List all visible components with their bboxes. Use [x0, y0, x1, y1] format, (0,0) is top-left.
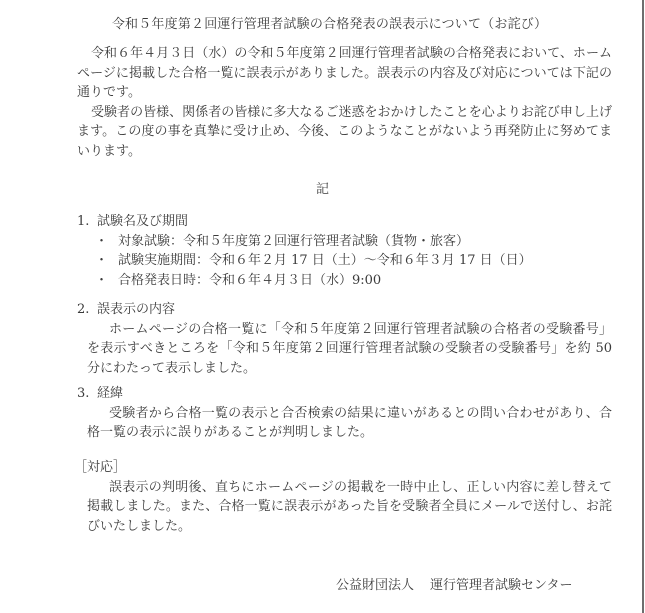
response-label: ［対応］ — [74, 458, 612, 478]
section-background: 3.経緯 受験者から合格一覧の表示と合否検索の結果に違いがあるとの問い合わせがあ… — [77, 384, 612, 443]
response-body: 誤表示の判明後、直ちにホームページの掲載を一時中止し、正しい内容に差し替えて掲載… — [77, 478, 612, 537]
section-number: 2. — [77, 300, 97, 320]
organization-name: 運行管理者試験センター — [430, 578, 572, 593]
section-body: 受験者から合格一覧の表示と合否検索の結果に違いがあるとの問い合わせがあり、合格一… — [77, 404, 612, 443]
list-item-text: 対象試験：令和５年度第２回運行管理者試験（貨物・旅客） — [118, 232, 469, 252]
section-error-content: 2.誤表示の内容 ホームページの合格一覧に「令和５年度第２回運行管理者試験の合格… — [77, 300, 612, 378]
section-heading: 1.試験名及び期間 — [77, 212, 612, 232]
page-right-border — [642, 0, 644, 613]
section-title: 経緯 — [97, 386, 123, 401]
organization-type: 公益財団法人 — [336, 578, 414, 593]
intro-paragraph-2: 受験者の皆様、関係者の皆様に多大なるご迷惑をおかけしたことを心よりお詫び申し上げ… — [77, 103, 612, 162]
list-item: ・ 試験実施期間：令和６年２月 17 日（土）～令和６年３月 17 日（日） — [95, 251, 612, 271]
section-body: ホームページの合格一覧に「令和５年度第２回運行管理者試験の合格者の受験番号」を表… — [77, 320, 612, 379]
section-number: 1. — [77, 212, 97, 232]
section-heading: 2.誤表示の内容 — [77, 300, 612, 320]
list-item: ・ 合格発表日時：令和６年４月３日（水）9:00 — [95, 271, 612, 291]
bullet-icon: ・ — [95, 251, 118, 271]
intro-paragraph-1: 令和６年４月３日（水）の令和５年度第２回運行管理者試験の合格発表において、ホーム… — [77, 44, 612, 103]
document-title: 令和５年度第２回運行管理者試験の合格発表の誤表示について（お詫び） — [0, 15, 645, 35]
section-heading: 3.経緯 — [77, 384, 612, 404]
section-exam-info: 1.試験名及び期間 ・ 対象試験：令和５年度第２回運行管理者試験（貨物・旅客） … — [77, 212, 612, 290]
section-response: ［対応］ 誤表示の判明後、直ちにホームページの掲載を一時中止し、正しい内容に差し… — [77, 458, 612, 536]
bullet-icon: ・ — [95, 271, 118, 291]
section-title: 誤表示の内容 — [97, 302, 175, 317]
section-title: 試験名及び期間 — [97, 214, 188, 229]
list-item: ・ 対象試験：令和５年度第２回運行管理者試験（貨物・旅客） — [95, 232, 612, 252]
bullet-icon: ・ — [95, 232, 118, 252]
section-number: 3. — [77, 384, 97, 404]
signature: 公益財団法人運行管理者試験センター — [336, 576, 573, 596]
list-item-text: 合格発表日時：令和６年４月３日（水）9:00 — [118, 271, 381, 291]
intro-section: 令和６年４月３日（水）の令和５年度第２回運行管理者試験の合格発表において、ホーム… — [77, 44, 612, 161]
document-page: 令和５年度第２回運行管理者試験の合格発表の誤表示について（お詫び） 令和６年４月… — [0, 0, 645, 613]
ki-label: 記 — [0, 180, 645, 200]
exam-info-list: ・ 対象試験：令和５年度第２回運行管理者試験（貨物・旅客） ・ 試験実施期間：令… — [77, 232, 612, 291]
list-item-text: 試験実施期間：令和６年２月 17 日（土）～令和６年３月 17 日（日） — [118, 251, 532, 271]
